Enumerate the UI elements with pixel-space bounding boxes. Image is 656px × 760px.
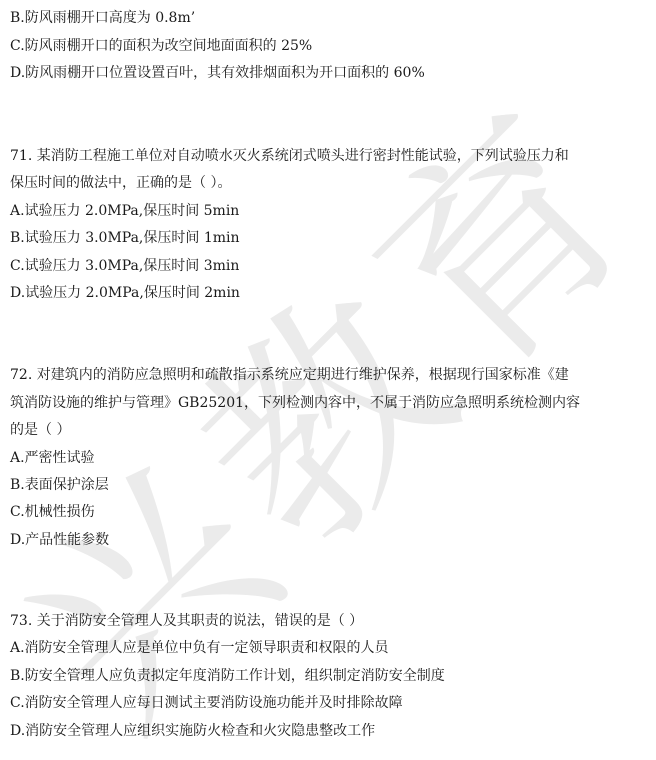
option-a: A.试验压力 2.0MPa,保压时间 5min xyxy=(10,202,239,220)
question-stem: 筑消防设施的维护与管理》GB25201，下列检测内容中，不属于消防应急照明系统检… xyxy=(10,394,580,412)
option-b: B.防风雨棚开口高度为 0.8m’ xyxy=(10,9,195,27)
option-c: C.防风雨棚开口的面积为改空间地面面积的 25% xyxy=(10,37,312,55)
option-b: B.试验压力 3.0MPa,保压时间 1min xyxy=(10,229,240,247)
option-b: B.防安全管理人应负责拟定年度消防工作计划，组织制定消防安全制度 xyxy=(10,667,445,685)
option-b: B.表面保护涂层 xyxy=(10,476,109,494)
option-c: C.试验压力 3.0MPa,保压时间 3min xyxy=(10,257,239,275)
question-stem: 73. 关于消防安全管理人及其职责的说法，错误的是（ ） xyxy=(10,612,363,630)
option-a: A.消防安全管理人应是单位中负有一定领导职责和权限的人员 xyxy=(10,639,389,657)
option-d: D.产品性能参数 xyxy=(10,531,109,549)
option-c: C.消防安全管理人应每日测试主要消防设施功能并及时排除故障 xyxy=(10,694,403,712)
option-d: D.试验压力 2.0MPa,保压时间 2min xyxy=(10,284,240,302)
question-stem: 71. 某消防工程施工单位对自动喷水灭火系统闭式喷头进行密封性能试验，下列试验压… xyxy=(10,147,569,165)
option-a: A.严密性试验 xyxy=(10,449,95,467)
question-stem: 的是（ ） xyxy=(10,421,70,439)
option-d: D.防风雨棚开口位置设置百叶，其有效排烟面积为开口面积的 60% xyxy=(10,64,425,82)
document-page: B.防风雨棚开口高度为 0.8m’ C.防风雨棚开口的面积为改空间地面面积的 2… xyxy=(0,0,656,760)
question-stem: 保压时间的做法中，正确的是（ ）。 xyxy=(10,174,231,192)
option-d: D.消防安全管理人应组织实施防火检查和火灾隐患整改工作 xyxy=(10,722,375,740)
option-c: C.机械性损伤 xyxy=(10,503,95,521)
question-stem: 72. 对建筑内的消防应急照明和疏散指示系统应定期进行维护保养，根据现行国家标准… xyxy=(10,366,569,384)
